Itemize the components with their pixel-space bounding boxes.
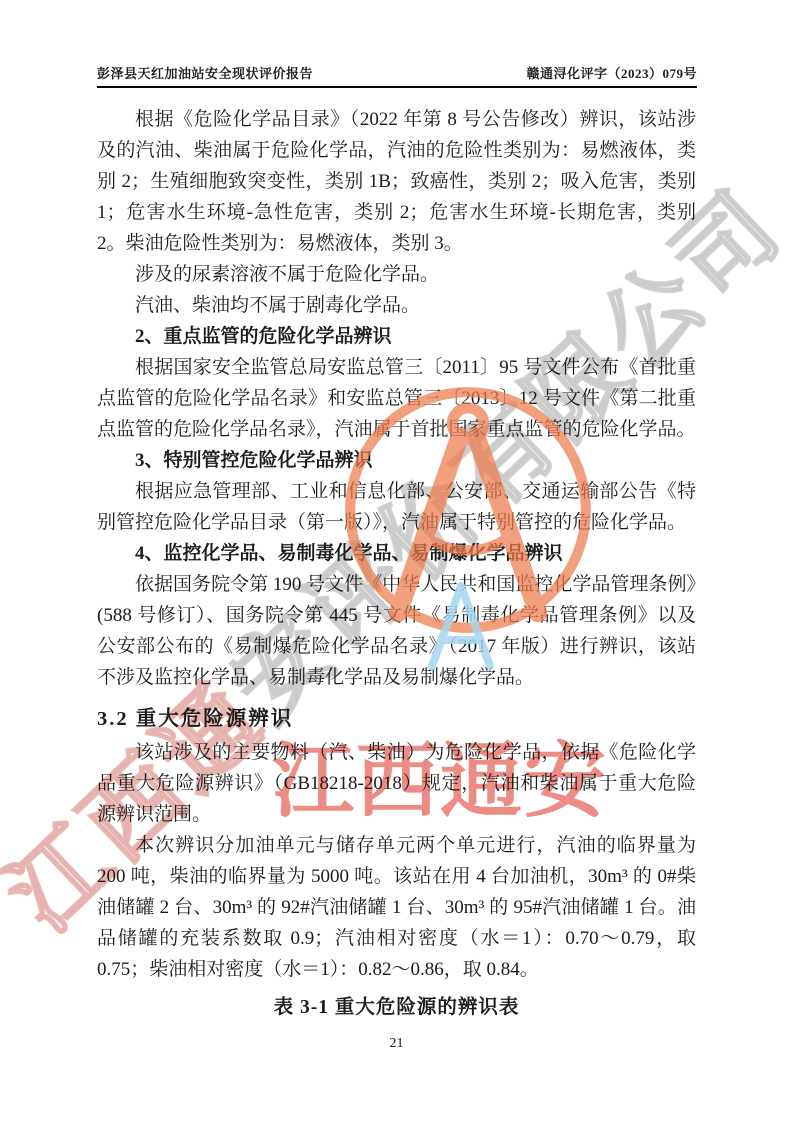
subsection-heading-2: 2、重点监管的危险化学品辨识 bbox=[97, 321, 696, 352]
paragraph: 根据国家安全监管总局安监总管三〔2011〕95 号文件公布《首批重点监管的危险化… bbox=[97, 352, 696, 445]
paragraph: 根据《危险化学品目录》（2022 年第 8 号公告修改）辨识，该站涉及的汽油、柴… bbox=[97, 104, 696, 259]
document-number: 赣通浔化评字（2023）079号 bbox=[526, 66, 697, 82]
paragraph: 本次辨识分加油单元与储存单元两个单元进行，汽油的临界量为 200 吨，柴油的临界… bbox=[97, 830, 696, 985]
header-divider bbox=[97, 86, 697, 88]
subsection-heading-3: 3、特别管控危险化学品辨识 bbox=[97, 445, 696, 476]
document-body: 根据《危险化学品目录》（2022 年第 8 号公告修改）辨识，该站涉及的汽油、柴… bbox=[97, 104, 696, 1023]
table-caption: 表 3-1 重大危险源的辨识表 bbox=[97, 992, 696, 1023]
report-title: 彭泽县天红加油站安全现状评价报告 bbox=[97, 66, 313, 82]
paragraph: 汽油、柴油均不属于剧毒化学品。 bbox=[97, 290, 696, 321]
paragraph: 该站涉及的主要物料（汽、柴油）为危险化学品，依据《危险化学品重大危险源辨识》（G… bbox=[97, 737, 696, 830]
page-number: 21 bbox=[390, 1036, 404, 1051]
page-header: 彭泽县天红加油站安全现状评价报告 赣通浔化评字（2023）079号 bbox=[97, 66, 697, 82]
subsection-heading-4: 4、监控化学品、易制毒化学品、易制爆化学品辨识 bbox=[97, 538, 696, 569]
document-page: 江西通安评价有限公司 江西通安 彭泽县天红加油站安全现状评价报告 赣通浔化评字（… bbox=[0, 0, 793, 1122]
paragraph: 根据应急管理部、工业和信息化部、公安部、交通运输部公告《特别管控危险化学品目录（… bbox=[97, 476, 696, 538]
paragraph: 涉及的尿素溶液不属于危险化学品。 bbox=[97, 259, 696, 290]
paragraph: 依据国务院令第 190 号文件《中华人民共和国监控化学品管理条例》(588 号修… bbox=[97, 569, 696, 693]
page-footer: 21 bbox=[0, 1036, 793, 1052]
section-heading-3-2: 3.2 重大危险源辨识 bbox=[97, 704, 696, 735]
